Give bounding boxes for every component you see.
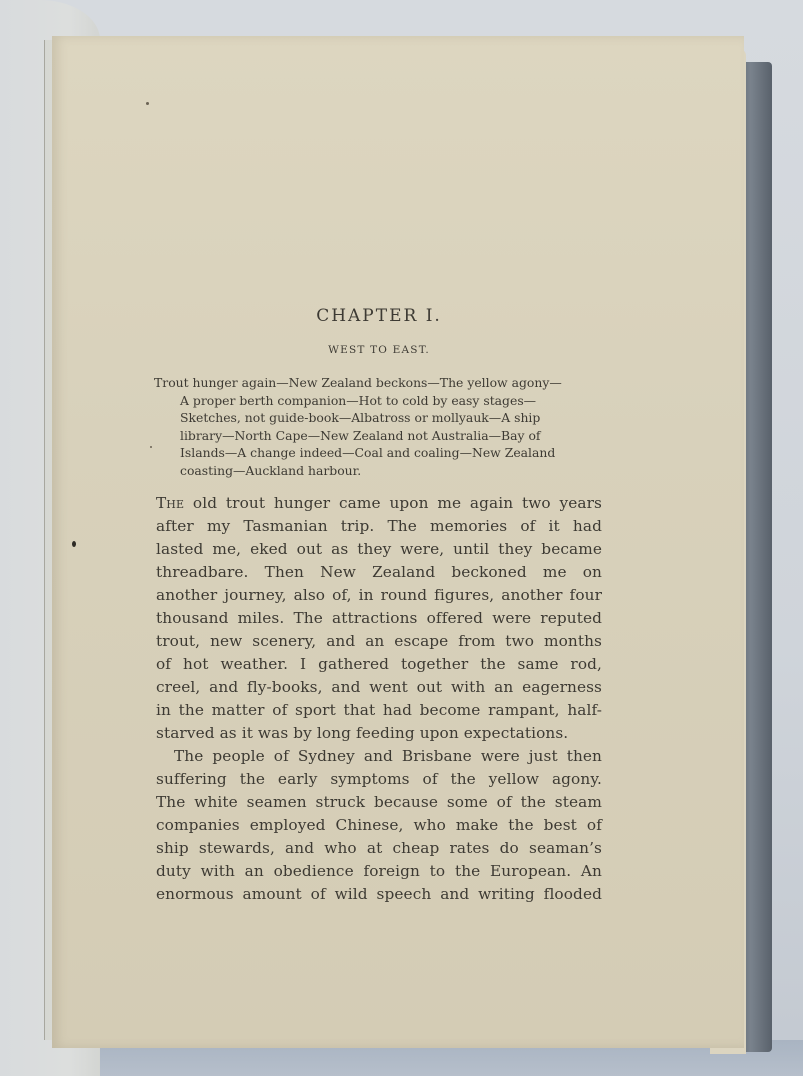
chapter-title: CHAPTER I. — [156, 306, 602, 326]
paper-speck — [146, 102, 149, 105]
synopsis-line: Trout hunger again—New Zealand beckons—T… — [154, 374, 602, 392]
synopsis-line: library—North Cape—New Zealand not Austr… — [154, 427, 602, 445]
paragraph-line: The people of Sydney and Brisbane were j… — [156, 745, 602, 768]
paragraph-line: companies employed Chinese, who make the… — [156, 814, 602, 837]
synopsis-line: Islands—A change indeed—Coal and coaling… — [154, 444, 602, 462]
paragraph-line: ship stewards, and who at cheap rates do… — [156, 837, 602, 860]
section-title: WEST TO EAST. — [156, 344, 602, 356]
paragraph-line: of hot weather. I gathered together the … — [156, 653, 602, 676]
paragraph-line: creel, and fly-books, and went out with … — [156, 676, 602, 699]
paper-speck — [150, 446, 152, 448]
lead-word: The — [156, 494, 184, 512]
paragraph-line: enormous amount of wild speech and writi… — [156, 883, 602, 906]
paragraph-line: threadbare. Then New Zealand beckoned me… — [156, 561, 602, 584]
paragraph-line: duty with an obedience foreign to the Eu… — [156, 860, 602, 883]
paragraph-line: in the matter of sport that had become r… — [156, 699, 602, 722]
paragraph-line: The white seamen struck because some of … — [156, 791, 602, 814]
binding-mark — [72, 541, 76, 547]
chapter-synopsis: Trout hunger again—New Zealand beckons—T… — [154, 374, 602, 480]
synopsis-line: coasting—Auckland harbour. — [154, 462, 602, 480]
paragraph-line: The old trout hunger came upon me again … — [156, 492, 602, 515]
paragraph-line: lasted me, eked out as they were, until … — [156, 538, 602, 561]
synopsis-line: A proper berth companion—Hot to cold by … — [154, 392, 602, 410]
paragraph-line: after my Tasmanian trip. The memories of… — [156, 515, 602, 538]
paragraph-line: starved as it was by long feeding upon e… — [156, 722, 602, 745]
paragraph-line: another journey, also of, in round figur… — [156, 584, 602, 607]
paragraph-line: thousand miles. The attractions offered … — [156, 607, 602, 630]
page-text-block: CHAPTER I. WEST TO EAST. Trout hunger ag… — [156, 306, 602, 906]
paragraph-line: trout, new scenery, and an escape from t… — [156, 630, 602, 653]
paragraph-1: The old trout hunger came upon me again … — [156, 492, 602, 745]
paragraph-line-text: old trout hunger came upon me again two … — [184, 494, 602, 512]
paragraph-line: suffering the early symptoms of the yell… — [156, 768, 602, 791]
synopsis-line: Sketches, not guide-book—Albatross or mo… — [154, 409, 602, 427]
book-page: CHAPTER I. WEST TO EAST. Trout hunger ag… — [52, 36, 744, 1048]
paragraph-2: The people of Sydney and Brisbane were j… — [156, 745, 602, 906]
